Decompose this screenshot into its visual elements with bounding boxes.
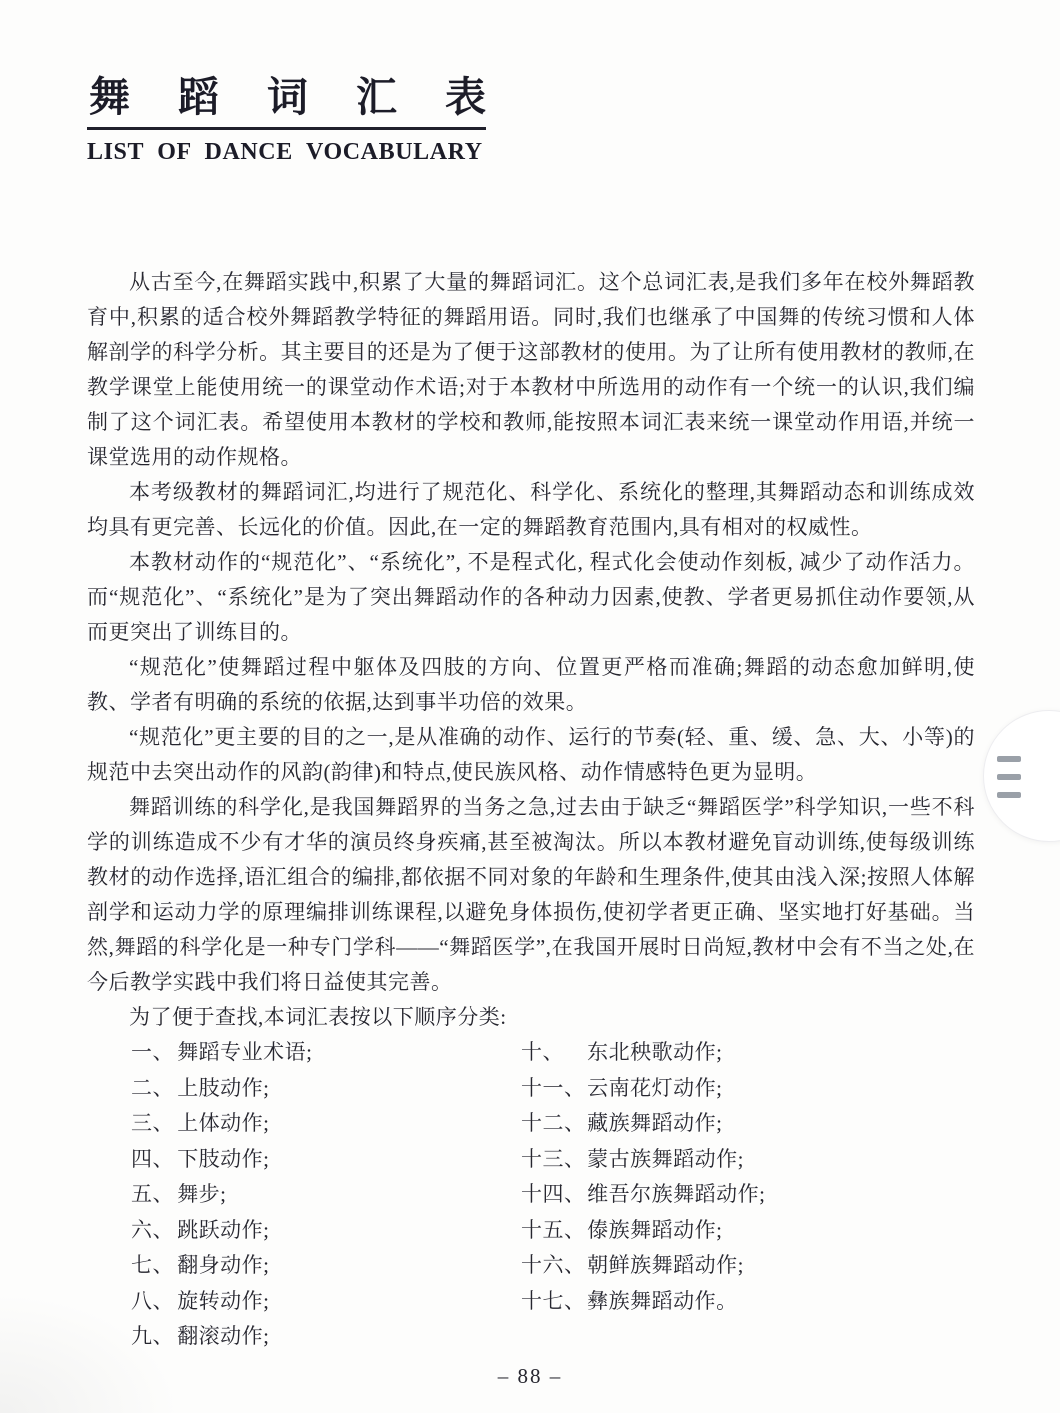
category-list: 一、舞蹈专业术语; 二、上肢动作; 三、上体动作; 四、下肢动作; 五、舞步; … (87, 1035, 975, 1355)
list-item-number: 十一、 (521, 1071, 587, 1107)
list-item-number: 九、 (131, 1319, 177, 1355)
list-item: 三、上体动作; (131, 1106, 521, 1142)
list-item-label: 下肢动作; (177, 1147, 269, 1171)
paragraph: 本考级教材的舞蹈词汇,均进行了规范化、科学化、系统化的整理,其舞蹈动态和训练成效… (87, 475, 975, 545)
list-item-number: 十五、 (521, 1213, 587, 1249)
list-item: 七、翻身动作; (131, 1248, 521, 1284)
list-item-label: 东北秧歌动作; (587, 1040, 722, 1064)
hamburger-menu-icon (997, 711, 1027, 841)
list-item-number: 十六、 (521, 1248, 587, 1284)
list-item-number: 十三、 (521, 1142, 587, 1178)
list-item: 九、翻滚动作; (131, 1319, 521, 1355)
list-item: 五、舞步; (131, 1177, 521, 1213)
list-item-label: 旋转动作; (177, 1289, 269, 1313)
paragraph: 舞蹈训练的科学化,是我国舞蹈界的当务之急,过去由于缺乏“舞蹈医学”科学知识,一些… (87, 790, 975, 1000)
list-item: 十五、傣族舞蹈动作; (521, 1213, 975, 1249)
list-item-label: 舞蹈专业术语; (177, 1040, 312, 1064)
list-item-number: 十七、 (521, 1284, 587, 1320)
page-content: 舞蹈词汇表 LIST OF DANCE VOCABULARY 从古至今,在舞蹈实… (87, 0, 975, 1355)
paragraph: 本教材动作的“规范化”、“系统化”, 不是程式化, 程式化会使动作刻板, 减少了… (87, 545, 975, 650)
list-item-label: 翻滚动作; (177, 1324, 269, 1348)
list-item-label: 蒙古族舞蹈动作; (587, 1147, 744, 1171)
list-item-number: 五、 (131, 1177, 177, 1213)
list-item: 十、东北秧歌动作; (521, 1035, 975, 1071)
list-item-number: 六、 (131, 1213, 177, 1249)
list-item-number: 一、 (131, 1035, 177, 1071)
list-item-number: 八、 (131, 1284, 177, 1320)
paragraph: “规范化”使舞蹈过程中躯体及四肢的方向、位置更严格而准确;舞蹈的动态愈加鲜明,使… (87, 650, 975, 720)
list-item-number: 二、 (131, 1071, 177, 1107)
page-number: – 88 – (0, 1364, 1060, 1389)
list-item: 十三、蒙古族舞蹈动作; (521, 1142, 975, 1178)
paragraph: 为了便于查找,本词汇表按以下顺序分类: (87, 1000, 975, 1035)
list-item: 一、舞蹈专业术语; (131, 1035, 521, 1071)
scanned-document-page: 舞蹈词汇表 LIST OF DANCE VOCABULARY 从古至今,在舞蹈实… (0, 0, 1060, 1413)
list-item-label: 彝族舞蹈动作。 (587, 1289, 738, 1313)
list-item: 二、上肢动作; (131, 1071, 521, 1107)
list-item: 八、旋转动作; (131, 1284, 521, 1320)
list-item-label: 翻身动作; (177, 1253, 269, 1277)
list-item-label: 维吾尔族舞蹈动作; (587, 1182, 765, 1206)
list-item-label: 朝鲜族舞蹈动作; (587, 1253, 744, 1277)
list-item: 六、跳跃动作; (131, 1213, 521, 1249)
list-item-label: 跳跃动作; (177, 1218, 269, 1242)
list-item-number: 十四、 (521, 1177, 587, 1213)
paragraph: 从古至今,在舞蹈实践中,积累了大量的舞蹈词汇。这个总词汇表,是我们多年在校外舞蹈… (87, 265, 975, 475)
list-item-number: 三、 (131, 1106, 177, 1142)
list-item: 十六、朝鲜族舞蹈动作; (521, 1248, 975, 1284)
floating-menu-button[interactable] (983, 710, 1060, 842)
list-item-number: 七、 (131, 1248, 177, 1284)
category-column-right: 十、东北秧歌动作; 十一、云南花灯动作; 十二、藏族舞蹈动作; 十三、蒙古族舞蹈… (521, 1035, 975, 1355)
list-item-label: 上体动作; (177, 1111, 269, 1135)
list-item-number: 十二、 (521, 1106, 587, 1142)
list-item-label: 傣族舞蹈动作; (587, 1218, 722, 1242)
page-title-english: LIST OF DANCE VOCABULARY (87, 139, 975, 166)
page-title-chinese: 舞蹈词汇表 (89, 76, 975, 119)
list-item-label: 藏族舞蹈动作; (587, 1111, 722, 1135)
list-item-label: 舞步; (177, 1182, 226, 1206)
list-item: 四、下肢动作; (131, 1142, 521, 1178)
list-item-number: 四、 (131, 1142, 177, 1178)
category-column-left: 一、舞蹈专业术语; 二、上肢动作; 三、上体动作; 四、下肢动作; 五、舞步; … (87, 1035, 521, 1355)
list-item: 十二、藏族舞蹈动作; (521, 1106, 975, 1142)
list-item-number: 十、 (521, 1035, 587, 1071)
title-underline (87, 127, 486, 130)
paragraph: “规范化”更主要的目的之一,是从准确的动作、运行的节奏(轻、重、缓、急、大、小等… (87, 720, 975, 790)
body-text: 从古至今,在舞蹈实践中,积累了大量的舞蹈词汇。这个总词汇表,是我们多年在校外舞蹈… (87, 265, 975, 1035)
list-item: 十七、彝族舞蹈动作。 (521, 1284, 975, 1320)
list-item: 十一、云南花灯动作; (521, 1071, 975, 1107)
list-item-label: 云南花灯动作; (587, 1076, 722, 1100)
list-item: 十四、维吾尔族舞蹈动作; (521, 1177, 975, 1213)
list-item-label: 上肢动作; (177, 1076, 269, 1100)
